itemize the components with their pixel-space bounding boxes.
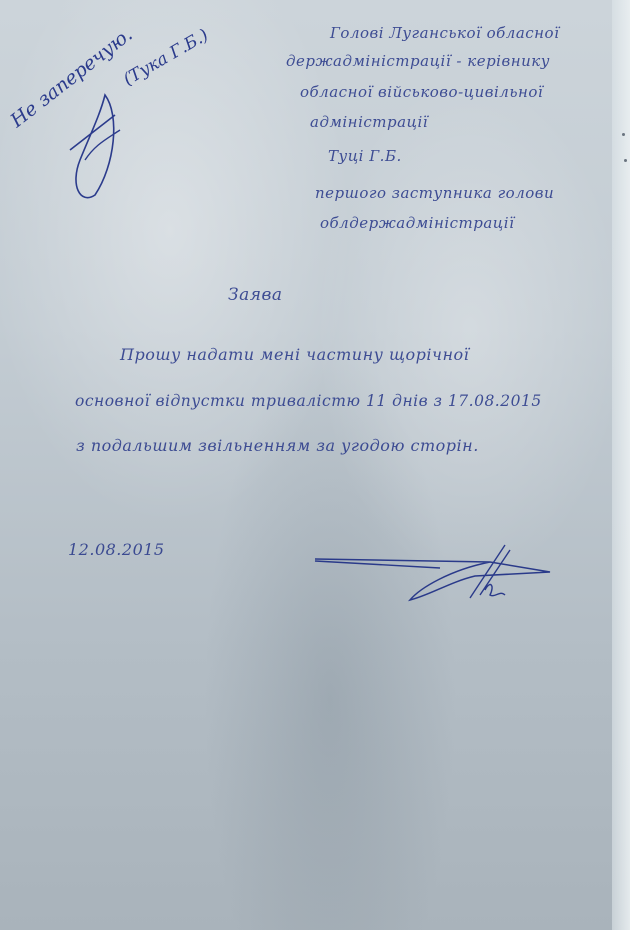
resolution-signature-icon — [65, 85, 135, 205]
addressee-line: обласної військово-цивільної — [300, 83, 543, 101]
addressee-name: Туці Г.Б. — [328, 147, 402, 165]
paper-dot — [624, 159, 627, 162]
addressee-line: першого заступника голови — [315, 184, 554, 202]
body-line: Прошу надати мені частину щорічної — [120, 345, 469, 364]
addressee-line: Голові Луганської обласної — [330, 24, 559, 42]
body-line: з подальшим звільненням за угодою сторін… — [76, 436, 479, 455]
document-title: Заява — [228, 285, 283, 305]
addressee-line: держадміністрації - керівнику — [286, 52, 550, 70]
applicant-signature-icon — [310, 540, 560, 610]
body-line: основної відпустки тривалістю 11 днів з … — [75, 392, 542, 410]
paper-dot — [622, 133, 625, 136]
addressee-line: облдержадміністрації — [320, 214, 514, 232]
addressee-line: адміністрації — [310, 113, 428, 131]
paper-edge — [612, 0, 630, 930]
document-date: 12.08.2015 — [68, 540, 165, 559]
